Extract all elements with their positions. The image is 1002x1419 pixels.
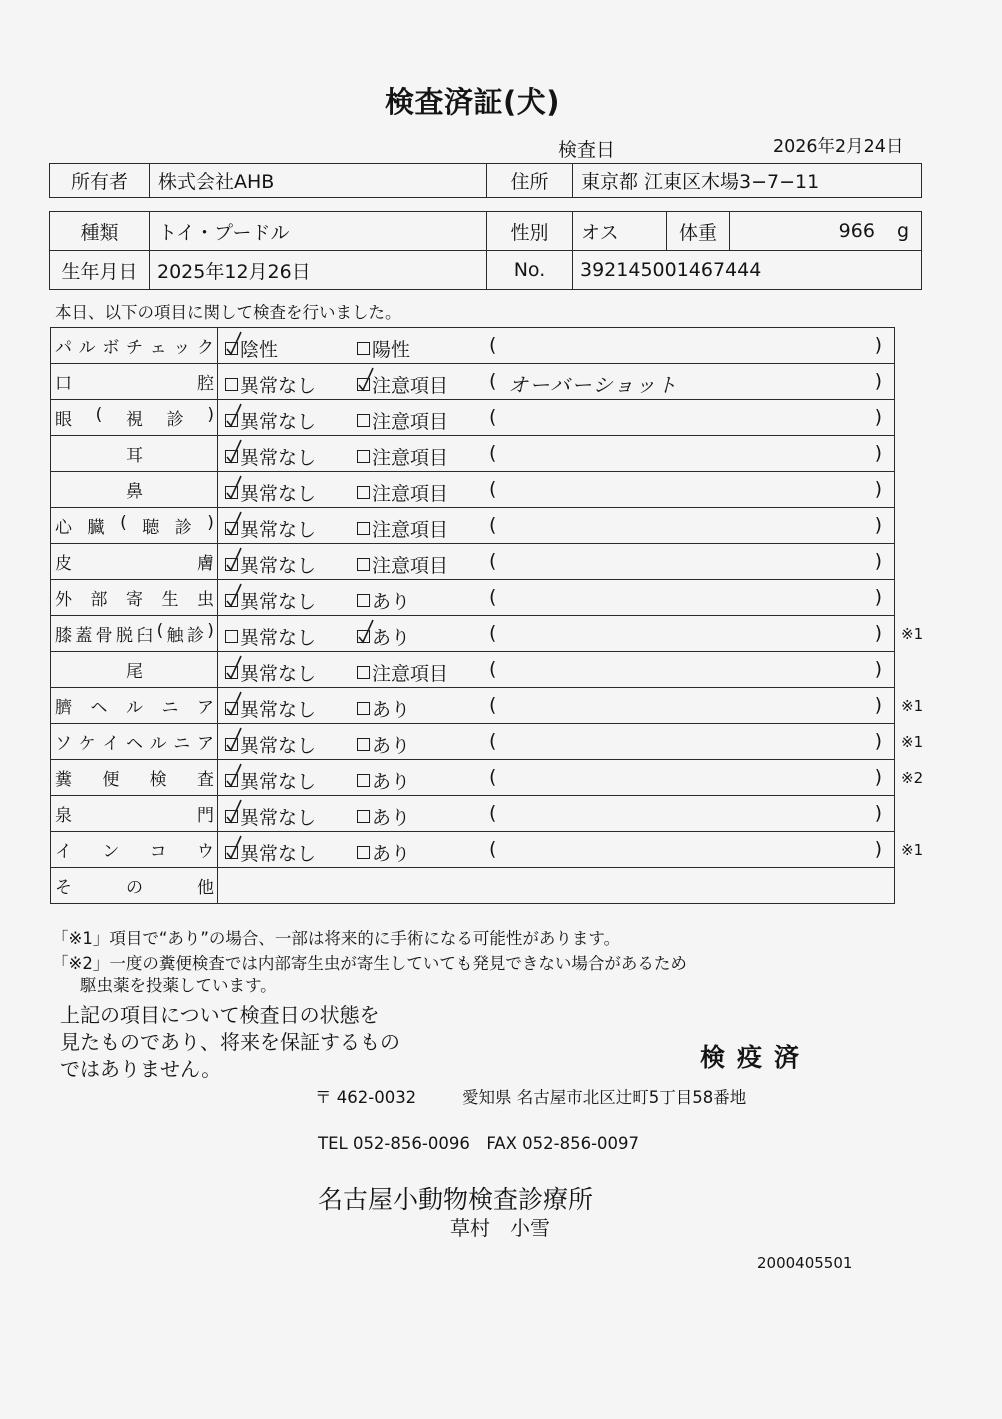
check-label: パルボチェック: [55, 333, 214, 358]
option-2-label: 注意項目: [372, 551, 448, 578]
check-row: インコウ 異常なし あり ( ) ※1: [51, 832, 955, 868]
checkbox-icon[interactable]: [225, 378, 238, 391]
check-label: 糞便検査: [55, 765, 214, 790]
clinic-address: 愛知県 名古屋市北区辻町5丁目58番地: [462, 1084, 746, 1108]
option-2[interactable]: 注意項目: [357, 443, 448, 470]
sex-label: 性別: [487, 212, 573, 251]
close-paren: ): [875, 334, 882, 356]
owner-table: 所有者 株式会社AHB 住所 東京都 江東区木場3−7−11: [49, 163, 922, 198]
open-paren: (: [489, 766, 496, 788]
checkbox-icon[interactable]: [225, 558, 238, 571]
checkbox-icon[interactable]: [357, 594, 370, 607]
open-paren: (: [489, 406, 496, 428]
option-2-label: あり: [372, 695, 410, 722]
check-mark-icon: [224, 761, 250, 791]
option-1-label: 異常なし: [240, 623, 316, 650]
check-label: 口腔: [55, 369, 214, 394]
open-paren: (: [489, 622, 496, 644]
option-2[interactable]: あり: [357, 695, 410, 722]
option-1-label: 異常なし: [240, 587, 316, 614]
option-2-label: あり: [372, 803, 410, 830]
check-label: 耳: [55, 441, 214, 466]
check-label: 膝蓋骨脱臼(触診): [55, 621, 214, 646]
intro-text: 本日、以下の項目に関して検査を行いました。: [55, 299, 402, 323]
open-paren: (: [489, 442, 496, 464]
note-mark: ※1: [895, 616, 955, 652]
option-2-label: 注意項目: [372, 515, 448, 542]
note-mark: [895, 796, 955, 832]
checkbox-icon[interactable]: [357, 414, 370, 427]
checkbox-icon[interactable]: [225, 666, 238, 679]
option-1[interactable]: 異常なし: [225, 731, 316, 758]
option-2[interactable]: あり: [357, 731, 410, 758]
close-paren: ): [875, 550, 882, 572]
open-paren: (: [489, 694, 496, 716]
checkbox-icon[interactable]: [357, 450, 370, 463]
open-paren: (: [489, 658, 496, 680]
check-mark-icon: [224, 545, 250, 575]
option-1[interactable]: 異常なし: [225, 479, 316, 506]
option-1-label: 異常なし: [240, 443, 316, 470]
checkbox-icon[interactable]: [225, 630, 238, 643]
checkbox-icon[interactable]: [225, 810, 238, 823]
close-paren: ): [875, 442, 882, 464]
breed-value: トイ・プードル: [150, 212, 487, 251]
check-label: 外部寄生虫: [55, 585, 214, 610]
checkbox-icon[interactable]: [225, 846, 238, 859]
check-row: 心臓(聴診) 異常なし 注意項目 ( ): [51, 508, 955, 544]
option-1-label: 異常なし: [240, 659, 316, 686]
option-1[interactable]: 異常なし: [225, 515, 316, 542]
open-paren: (: [489, 334, 496, 356]
note-mark: ※1: [895, 688, 955, 724]
option-2-label: 注意項目: [372, 371, 448, 398]
open-paren: (: [489, 514, 496, 536]
checkbox-icon[interactable]: [357, 774, 370, 787]
check-row: ソケイヘルニア 異常なし あり ( ) ※1: [51, 724, 955, 760]
close-paren: ): [875, 802, 882, 824]
option-1-label: 異常なし: [240, 731, 316, 758]
registration-no-value: 392145001467444: [573, 251, 922, 290]
weight-label: 体重: [667, 212, 730, 251]
address-value: 東京都 江東区木場3−7−11: [573, 164, 922, 198]
option-2-label: 注意項目: [372, 443, 448, 470]
checkbox-icon[interactable]: [357, 702, 370, 715]
checkbox-icon[interactable]: [225, 774, 238, 787]
check-row: 口腔 異常なし 注意項目 ( オーバーショット ): [51, 364, 955, 400]
close-paren: ): [875, 586, 882, 608]
check-row: 皮膚 異常なし 注意項目 ( ): [51, 544, 955, 580]
checkbox-icon[interactable]: [357, 666, 370, 679]
check-row: 眼(視診) 異常なし 注意項目 ( ): [51, 400, 955, 436]
checkbox-icon[interactable]: [357, 558, 370, 571]
check-label: 眼(視診): [55, 405, 214, 430]
option-2[interactable]: あり: [357, 839, 410, 866]
check-mark-icon: [224, 473, 250, 503]
check-mark-icon: [224, 401, 250, 431]
clinic-phone-fax: TEL 052-856-0096 FAX 052-856-0097: [318, 1130, 639, 1154]
note-mark: [895, 364, 955, 400]
remark-field[interactable]: オーバーショット: [508, 369, 678, 398]
close-paren: ): [875, 514, 882, 536]
option-1-label: 異常なし: [240, 515, 316, 542]
veterinarian-name: 草村 小雪: [450, 1212, 550, 1241]
owner-value: 株式会社AHB: [150, 164, 487, 198]
option-1-label: 異常なし: [240, 839, 316, 866]
checkbox-icon[interactable]: [225, 738, 238, 751]
footnote-2-continued: 駆虫薬を投薬しています。: [80, 972, 277, 996]
option-1[interactable]: 異常なし: [225, 659, 316, 686]
note-mark: [895, 580, 955, 616]
option-2[interactable]: 注意項目: [357, 371, 448, 398]
check-row: 耳 異常なし 注意項目 ( ): [51, 436, 955, 472]
option-2[interactable]: あり: [357, 623, 410, 650]
close-paren: ): [875, 694, 882, 716]
option-2[interactable]: 陽性: [357, 335, 410, 362]
checkbox-icon[interactable]: [357, 522, 370, 535]
close-paren: ): [875, 658, 882, 680]
weight-cell: 966g: [730, 212, 922, 251]
check-row: 尾 異常なし 注意項目 ( ): [51, 652, 955, 688]
check-label: 尾: [55, 657, 214, 682]
checkbox-icon[interactable]: [357, 846, 370, 859]
checkbox-icon[interactable]: [357, 486, 370, 499]
note-mark: [895, 436, 955, 472]
disclaimer-line: 見たものであり、将来を保証するもの: [60, 1029, 400, 1056]
option-1[interactable]: 異常なし: [225, 587, 316, 614]
option-1[interactable]: 異常なし: [225, 839, 316, 866]
note-mark: [895, 508, 955, 544]
checkbox-icon[interactable]: [225, 342, 238, 355]
check-mark-icon: [224, 581, 250, 611]
option-1[interactable]: 異常なし: [225, 803, 316, 830]
document-title: 検査済証(犬): [385, 80, 560, 121]
option-1[interactable]: 異常なし: [225, 443, 316, 470]
option-1[interactable]: 異常なし: [225, 767, 316, 794]
option-1[interactable]: 異常なし: [225, 407, 316, 434]
quarantine-stamp: 検疫済: [700, 1038, 811, 1074]
check-label: 鼻: [55, 477, 214, 502]
open-paren: (: [489, 838, 496, 860]
option-1-label: 異常なし: [240, 695, 316, 722]
close-paren: ): [875, 622, 882, 644]
check-mark-icon: [224, 653, 250, 683]
clinic-name: 名古屋小動物検査診療所: [318, 1180, 593, 1216]
option-2-label: 注意項目: [372, 479, 448, 506]
check-label: ソケイヘルニア: [55, 729, 214, 754]
check-mark-icon: [224, 509, 250, 539]
open-paren: (: [489, 730, 496, 752]
breed-label: 種類: [50, 212, 150, 251]
checkbox-icon[interactable]: [357, 342, 370, 355]
checkbox-icon[interactable]: [225, 594, 238, 607]
check-label: 心臓(聴診): [55, 513, 214, 538]
document-id: 2000405501: [757, 1254, 852, 1272]
check-row: 臍ヘルニア 異常なし あり ( ) ※1: [51, 688, 955, 724]
check-row: パルボチェック 陰性 陽性 ( ): [51, 328, 955, 364]
option-2-label: あり: [372, 767, 410, 794]
open-paren: (: [489, 802, 496, 824]
option-1-label: 異常なし: [240, 767, 316, 794]
check-mark-icon: [224, 725, 250, 755]
check-row: 糞便検査 異常なし あり ( ) ※2: [51, 760, 955, 796]
note-mark: [895, 544, 955, 580]
check-mark-icon: [224, 437, 250, 467]
checkbox-icon[interactable]: [225, 450, 238, 463]
close-paren: ): [875, 370, 882, 392]
checkbox-icon[interactable]: [225, 522, 238, 535]
disclaimer-line: ではありません。: [60, 1056, 400, 1083]
note-mark: ※1: [895, 832, 955, 868]
check-label: その他: [55, 873, 214, 898]
option-2[interactable]: あり: [357, 803, 410, 830]
checkbox-icon[interactable]: [225, 414, 238, 427]
check-mark-icon: [224, 833, 250, 863]
option-2-label: あり: [372, 587, 410, 614]
weight-value: 966: [839, 220, 875, 242]
checkbox-icon[interactable]: [357, 738, 370, 751]
note-mark: [895, 652, 955, 688]
registration-no-label: No.: [487, 251, 573, 290]
exam-date-label: 検査日: [558, 135, 615, 162]
footnote-1: 「※1」項目で“あり”の場合、一部は将来的に手術になる可能性があります。: [52, 925, 620, 949]
option-1[interactable]: 異常なし: [225, 371, 316, 398]
pet-table: 種類 トイ・プードル 性別 オス 体重 966g 生年月日 2025年12月26…: [49, 211, 922, 290]
note-mark: ※1: [895, 724, 955, 760]
close-paren: ): [875, 730, 882, 752]
exam-date: 2026年2月24日: [773, 133, 903, 158]
sex-value: オス: [573, 212, 667, 251]
check-label: 泉門: [55, 801, 214, 826]
close-paren: ): [875, 406, 882, 428]
option-1[interactable]: 異常なし: [225, 695, 316, 722]
option-2[interactable]: あり: [357, 587, 410, 614]
checkbox-icon[interactable]: [357, 378, 370, 391]
owner-label: 所有者: [50, 164, 150, 198]
option-2[interactable]: 注意項目: [357, 407, 448, 434]
option-1-label: 異常なし: [240, 479, 316, 506]
option-1-label: 異常なし: [240, 551, 316, 578]
check-mark-icon: [224, 329, 250, 359]
checkbox-icon[interactable]: [225, 702, 238, 715]
open-paren: (: [489, 478, 496, 500]
check-mark-icon: [224, 797, 250, 827]
footnote-2: 「※2」一度の糞便検査では内部寄生虫が寄生していても発見できない場合があるため: [52, 950, 687, 974]
option-2-label: 注意項目: [372, 407, 448, 434]
check-row: 膝蓋骨脱臼(触診) 異常なし あり ( ) ※1: [51, 616, 955, 652]
option-1[interactable]: 陰性: [225, 335, 278, 362]
option-2[interactable]: 注意項目: [357, 479, 448, 506]
check-mark-icon: [224, 689, 250, 719]
check-label: インコウ: [55, 837, 214, 862]
option-2[interactable]: あり: [357, 767, 410, 794]
option-1[interactable]: 異常なし: [225, 551, 316, 578]
option-1-label: 異常なし: [240, 803, 316, 830]
check-row: 鼻 異常なし 注意項目 ( ): [51, 472, 955, 508]
checkbox-icon[interactable]: [357, 810, 370, 823]
option-2[interactable]: 注意項目: [357, 551, 448, 578]
option-1-label: 異常なし: [240, 371, 316, 398]
option-1-label: 異常なし: [240, 407, 316, 434]
option-1[interactable]: 異常なし: [225, 623, 316, 650]
open-paren: (: [489, 370, 496, 392]
option-2-label: 陽性: [372, 335, 410, 362]
check-row: 外部寄生虫 異常なし あり ( ): [51, 580, 955, 616]
option-2-label: あり: [372, 839, 410, 866]
other-remarks-field[interactable]: [218, 868, 895, 904]
check-mark-icon: [356, 617, 382, 647]
disclaimer-line: 上記の項目について検査日の状態を: [60, 1002, 400, 1029]
option-2-label: 注意項目: [372, 659, 448, 686]
check-label: 臍ヘルニア: [55, 693, 214, 718]
birth-value: 2025年12月26日: [150, 251, 487, 290]
option-2[interactable]: 注意項目: [357, 659, 448, 686]
note-mark: [895, 472, 955, 508]
open-paren: (: [489, 586, 496, 608]
birth-label: 生年月日: [50, 251, 150, 290]
option-2-label: あり: [372, 731, 410, 758]
check-row-other: その他: [51, 868, 955, 904]
open-paren: (: [489, 550, 496, 572]
checklist-table: パルボチェック 陰性 陽性 ( ) 口腔 異常なし 注意項目 ( オーバーショッ…: [50, 327, 955, 904]
note-mark: [895, 328, 955, 364]
check-mark-icon: [356, 365, 382, 395]
address-label: 住所: [487, 164, 573, 198]
checkbox-icon[interactable]: [225, 486, 238, 499]
disclaimer: 上記の項目について検査日の状態を 見たものであり、将来を保証するもの ではありま…: [60, 1002, 400, 1083]
note-mark: ※2: [895, 760, 955, 796]
option-2[interactable]: 注意項目: [357, 515, 448, 542]
weight-unit: g: [897, 220, 909, 242]
check-label: 皮膚: [55, 549, 214, 574]
checkbox-icon[interactable]: [357, 630, 370, 643]
note-mark: [895, 400, 955, 436]
note-mark: [895, 868, 955, 904]
close-paren: ): [875, 838, 882, 860]
close-paren: ): [875, 478, 882, 500]
postal-code: 〒 462-0032: [315, 1084, 416, 1108]
close-paren: ): [875, 766, 882, 788]
check-row: 泉門 異常なし あり ( ): [51, 796, 955, 832]
